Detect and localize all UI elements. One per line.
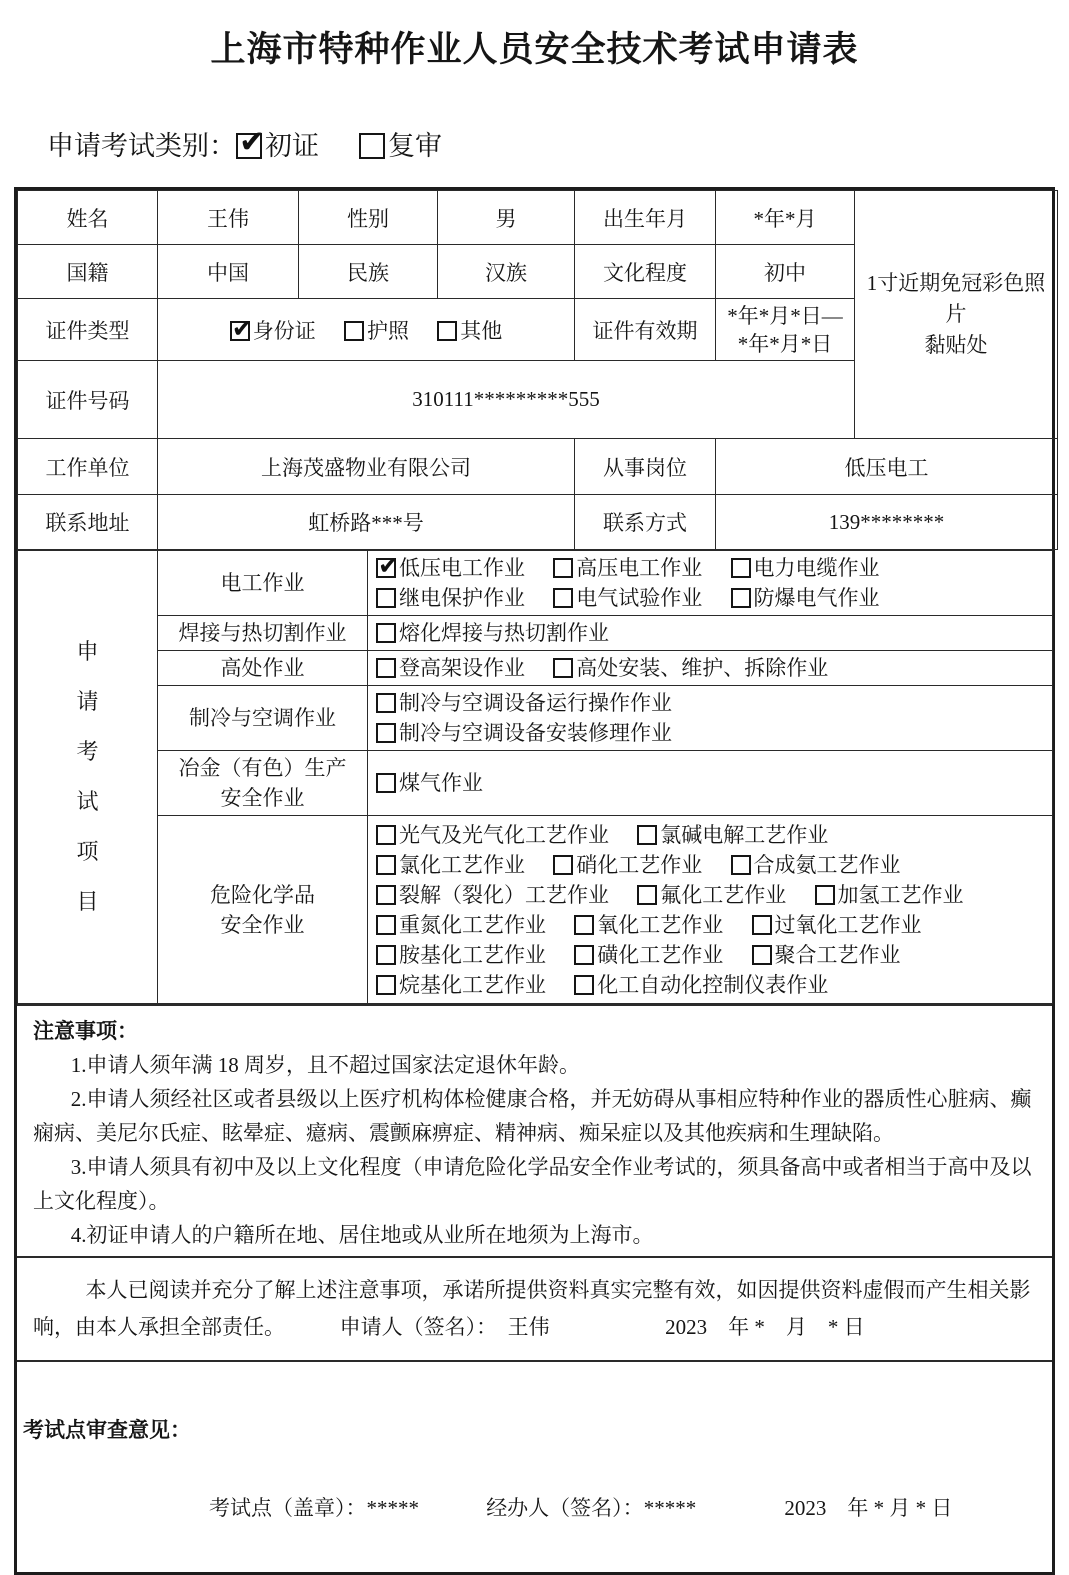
review-section: 考试点审查意见： 考试点（盖章）：*****经办人（签名）：*****2023 … (17, 1360, 1052, 1572)
exam-option: 聚合工艺作业 (752, 943, 901, 967)
validity-value: *年*月*日— *年*月*日 (716, 299, 855, 361)
fluorination-checkbox[interactable] (637, 885, 657, 905)
electrician-options: 低压电工作业 高压电工作业 电力电缆作业 继电保护作业 电气试验作业 防爆电气作… (368, 551, 1053, 616)
declaration-date: 2023 年 * 月 * 日 (665, 1315, 865, 1339)
applicant-signature-label: 申请人（签名）： (340, 1315, 498, 1339)
id-card-checkbox[interactable] (230, 321, 250, 341)
exam-option: 化工自动化控制仪表作业 (574, 973, 828, 997)
option-label: 登高架设作业 (399, 656, 525, 680)
option-label: 重氮化工艺作业 (399, 913, 546, 937)
height-work-options: 登高架设作业 高处安装、维护、拆除作业 (368, 651, 1053, 686)
refrigeration-options: 制冷与空调设备运行操作作业 制冷与空调设备安装修理作业 (368, 686, 1053, 751)
chemical-automation-checkbox[interactable] (574, 975, 594, 995)
cracking-checkbox[interactable] (376, 885, 396, 905)
id-type-options: 身份证 护照 其他 (158, 299, 575, 361)
option-line: 熔化焊接与热切割作业 (376, 618, 1048, 648)
id-number-value: 310111*********555 (158, 361, 855, 439)
exam-option: 防爆电气作业 (731, 586, 880, 610)
option-label: 过氧化工艺作业 (775, 913, 922, 937)
category-height-work: 高处作业 (158, 651, 368, 686)
height-install-checkbox[interactable] (553, 658, 573, 678)
handler-signature-label: 经办人（签名）： (486, 1496, 644, 1520)
low-voltage-checkbox[interactable] (376, 558, 396, 578)
exam-option: 合成氨工艺作业 (731, 853, 901, 877)
other-id-checkbox[interactable] (437, 321, 457, 341)
birth-value: *年*月 (716, 191, 855, 245)
option-label: 磺化工艺作业 (597, 943, 723, 967)
option-label: 加氢工艺作业 (838, 883, 964, 907)
exam-section-side-label-cell: 申请考试项目 (18, 551, 158, 1004)
id-type-label: 证件类型 (18, 299, 158, 361)
nationality-label: 国籍 (18, 245, 158, 299)
exam-option: 氯化工艺作业 (376, 853, 525, 877)
exam-option: 电气试验作业 (553, 586, 702, 610)
high-voltage-checkbox[interactable] (553, 558, 573, 578)
category-refrigeration: 制冷与空调作业 (158, 686, 368, 751)
option-label: 制冷与空调设备安装修理作业 (399, 721, 672, 745)
id-card-label: 身份证 (253, 319, 316, 343)
option-label: 裂解（裂化）工艺作业 (399, 883, 609, 907)
hydrogenation-checkbox[interactable] (815, 885, 835, 905)
option-label: 高处安装、维护、拆除作业 (576, 656, 828, 680)
option-line: 烷基化工艺作业 化工自动化控制仪表作业 (376, 970, 1048, 1000)
exam-category-label: 申请考试类别： (47, 131, 236, 161)
exam-site-stamp-label: 考试点（盖章）： (209, 1496, 367, 1520)
option-label: 硝化工艺作业 (576, 853, 702, 877)
option-line: 氯化工艺作业 硝化工艺作业 合成氨工艺作业 (376, 850, 1048, 880)
option-line: 低压电工作业 高压电工作业 电力电缆作业 (376, 553, 1048, 583)
option-line: 光气及光气化工艺作业 氯碱电解工艺作业 (376, 820, 1048, 850)
phone-label: 联系方式 (575, 495, 716, 550)
note-item-1: 1.申请人须年满 18 周岁，且不超过国家法定退休年龄。 (33, 1048, 1038, 1082)
exam-category-line: 申请考试类别：初证复审 (47, 124, 1055, 163)
exam-option: 继电保护作业 (376, 586, 525, 610)
category-hazardous-chemicals: 危险化学品 安全作业 (158, 816, 368, 1004)
exam-option: 光气及光气化工艺作业 (376, 823, 609, 847)
exam-option: 登高架设作业 (376, 656, 525, 680)
alkylation-checkbox[interactable] (376, 975, 396, 995)
option-line: 登高架设作业 高处安装、维护、拆除作业 (376, 653, 1048, 683)
sulfonation-checkbox[interactable] (574, 945, 594, 965)
diazotization-checkbox[interactable] (376, 915, 396, 935)
name-value: 王伟 (158, 191, 299, 245)
scaffolding-checkbox[interactable] (376, 658, 396, 678)
handler-signature-value: ***** (644, 1496, 697, 1520)
review-signature-line: 考试点（盖章）：*****经办人（签名）：*****2023 年 * 月 * 日 (23, 1492, 1036, 1522)
nitration-checkbox[interactable] (553, 855, 573, 875)
phone-value: 139******** (716, 495, 1058, 550)
option-label: 电力电缆作业 (754, 556, 880, 580)
table-row: 焊接与热切割作业 熔化焊接与热切割作业 (18, 616, 1053, 651)
employer-value: 上海茂盛物业有限公司 (158, 439, 575, 495)
option-label: 继电保护作业 (399, 586, 525, 610)
option-line: 煤气作业 (376, 768, 1048, 798)
exam-option: 过氧化工艺作业 (752, 913, 922, 937)
education-value: 初中 (716, 245, 855, 299)
table-row: 申请考试项目 电工作业 低压电工作业 高压电工作业 电力电缆作业 继电保护作业 … (18, 551, 1053, 616)
hvac-operation-checkbox[interactable] (376, 693, 396, 713)
category-option-initial: 初证 (236, 131, 319, 161)
application-form-page: 上海市特种作业人员安全技术考试申请表 申请考试类别：初证复审 姓名 王伟 性别 … (0, 0, 1069, 1575)
exam-option: 高处安装、维护、拆除作业 (553, 656, 828, 680)
address-value: 虹桥路***号 (158, 495, 575, 550)
table-row: 联系地址 虹桥路***号 联系方式 139******** (18, 495, 1058, 550)
option-label: 煤气作业 (399, 771, 483, 795)
photo-paste-area: 1寸近期免冠彩色照片 黏贴处 (855, 191, 1058, 439)
option-label: 熔化焊接与热切割作业 (399, 621, 609, 645)
employer-label: 工作单位 (18, 439, 158, 495)
review-cert-checkbox[interactable] (359, 133, 385, 159)
exam-option: 加氢工艺作业 (815, 883, 964, 907)
other-id-label: 其他 (460, 319, 502, 343)
validity-line2: *年*月*日 (738, 332, 833, 356)
option-label: 胺基化工艺作业 (399, 943, 546, 967)
applicant-signature: 王伟 (508, 1315, 550, 1339)
declaration-paragraph: 本人已阅读并充分了解上述注意事项，承诺所提供资料真实完整有效，如因提供资料虚假而… (33, 1272, 1036, 1346)
hvac-install-checkbox[interactable] (376, 723, 396, 743)
option-label: 氯碱电解工艺作业 (660, 823, 828, 847)
exam-option: 氟化工艺作业 (637, 883, 786, 907)
option-label: 合成氨工艺作业 (754, 853, 901, 877)
exam-section-side-label: 申请考试项目 (76, 627, 100, 927)
exam-option: 熔化焊接与热切割作业 (376, 621, 609, 645)
table-row: 工作单位 上海茂盛物业有限公司 从事岗位 低压电工 (18, 439, 1058, 495)
synthetic-ammonia-checkbox[interactable] (731, 855, 751, 875)
chlorination-checkbox[interactable] (376, 855, 396, 875)
gas-work-checkbox[interactable] (376, 773, 396, 793)
exam-option: 氯碱电解工艺作业 (637, 823, 828, 847)
option-line: 胺基化工艺作业 磺化工艺作业 聚合工艺作业 (376, 940, 1048, 970)
page-title: 上海市特种作业人员安全技术考试申请表 (14, 22, 1055, 72)
option-label: 高压电工作业 (576, 556, 702, 580)
validity-label: 证件有效期 (575, 299, 716, 361)
option-label: 防爆电气作业 (754, 586, 880, 610)
power-cable-checkbox[interactable] (731, 558, 751, 578)
note-item-4: 4.初证申请人的户籍所在地、居住地或从业所在地须为上海市。 (33, 1218, 1038, 1252)
exam-option: 氧化工艺作业 (574, 913, 723, 937)
option-label: 聚合工艺作业 (775, 943, 901, 967)
ethnicity-label: 民族 (299, 245, 438, 299)
exam-option: 高压电工作业 (553, 556, 702, 580)
table-row: 制冷与空调作业 制冷与空调设备运行操作作业 制冷与空调设备安装修理作业 (18, 686, 1053, 751)
notes-section: 注意事项： 1.申请人须年满 18 周岁，且不超过国家法定退休年龄。 2.申请人… (17, 1004, 1052, 1256)
declaration-section: 本人已阅读并充分了解上述注意事项，承诺所提供资料真实完整有效，如因提供资料虚假而… (17, 1256, 1052, 1360)
option-line: 制冷与空调设备安装修理作业 (376, 718, 1048, 748)
id-type-option: 护照 (344, 319, 409, 343)
exam-option: 重氮化工艺作业 (376, 913, 546, 937)
exam-option: 制冷与空调设备运行操作作业 (376, 691, 672, 715)
passport-label: 护照 (367, 319, 409, 343)
phosgene-checkbox[interactable] (376, 825, 396, 845)
hazardous-chemicals-options: 光气及光气化工艺作业 氯碱电解工艺作业 氯化工艺作业 硝化工艺作业 合成氨工艺作… (368, 816, 1053, 1004)
amination-checkbox[interactable] (376, 945, 396, 965)
relay-protection-checkbox[interactable] (376, 588, 396, 608)
review-cert-label: 复审 (388, 131, 442, 161)
exam-option: 磺化工艺作业 (574, 943, 723, 967)
personal-info-table: 姓名 王伟 性别 男 出生年月 *年*月 1寸近期免冠彩色照片 黏贴处 国籍 中… (17, 190, 1058, 550)
exam-option: 制冷与空调设备安装修理作业 (376, 721, 672, 745)
option-line: 制冷与空调设备运行操作作业 (376, 688, 1048, 718)
fusion-welding-checkbox[interactable] (376, 623, 396, 643)
category-welding: 焊接与热切割作业 (158, 616, 368, 651)
birth-label: 出生年月 (575, 191, 716, 245)
id-type-option: 其他 (437, 319, 502, 343)
option-line: 重氮化工艺作业 氧化工艺作业 过氧化工艺作业 (376, 910, 1048, 940)
gender-value: 男 (438, 191, 575, 245)
option-label: 化工自动化控制仪表作业 (597, 973, 828, 997)
exam-option: 裂解（裂化）工艺作业 (376, 883, 609, 907)
option-label: 电气试验作业 (576, 586, 702, 610)
review-heading: 考试点审查意见： (23, 1414, 1036, 1444)
initial-cert-label: 初证 (265, 131, 319, 161)
education-label: 文化程度 (575, 245, 716, 299)
id-type-option: 身份证 (230, 319, 316, 343)
exam-items-table: 申请考试项目 电工作业 低压电工作业 高压电工作业 电力电缆作业 继电保护作业 … (17, 550, 1053, 1004)
form-frame: 姓名 王伟 性别 男 出生年月 *年*月 1寸近期免冠彩色照片 黏贴处 国籍 中… (14, 187, 1055, 1575)
position-label: 从事岗位 (575, 439, 716, 495)
option-label: 氧化工艺作业 (597, 913, 723, 937)
polymerization-checkbox[interactable] (752, 945, 772, 965)
option-label: 光气及光气化工艺作业 (399, 823, 609, 847)
category-option-review: 复审 (359, 131, 442, 161)
photo-note-line1: 1寸近期免冠彩色照片 (862, 268, 1050, 330)
option-label: 制冷与空调设备运行操作作业 (399, 691, 672, 715)
passport-checkbox[interactable] (344, 321, 364, 341)
note-item-3: 3.申请人须具有初中及以上文化程度（申请危险化学品安全作业考试的，须具备高中或者… (33, 1150, 1038, 1218)
option-label: 氟化工艺作业 (660, 883, 786, 907)
option-line: 裂解（裂化）工艺作业 氟化工艺作业 加氢工艺作业 (376, 880, 1048, 910)
id-number-label: 证件号码 (18, 361, 158, 439)
exam-option: 烷基化工艺作业 (376, 973, 546, 997)
table-row: 高处作业 登高架设作业 高处安装、维护、拆除作业 (18, 651, 1053, 686)
exam-option: 胺基化工艺作业 (376, 943, 546, 967)
category-metallurgy: 冶金（有色）生产 安全作业 (158, 751, 368, 816)
table-row: 危险化学品 安全作业 光气及光气化工艺作业 氯碱电解工艺作业 氯化工艺作业 硝化… (18, 816, 1053, 1004)
oxidation-checkbox[interactable] (574, 915, 594, 935)
category-electrician: 电工作业 (158, 551, 368, 616)
option-line: 继电保护作业 电气试验作业 防爆电气作业 (376, 583, 1048, 613)
notes-heading: 注意事项： (33, 1014, 1038, 1048)
exam-option: 低压电工作业 (376, 556, 525, 580)
note-item-2: 2.申请人须经社区或者县级以上医疗机构体检健康合格，并无妨碍从事相应特种作业的器… (33, 1082, 1038, 1150)
explosion-proof-checkbox[interactable] (731, 588, 751, 608)
option-label: 氯化工艺作业 (399, 853, 525, 877)
option-label: 烷基化工艺作业 (399, 973, 546, 997)
table-row: 冶金（有色）生产 安全作业 煤气作业 (18, 751, 1053, 816)
exam-option: 煤气作业 (376, 771, 483, 795)
address-label: 联系地址 (18, 495, 158, 550)
welding-options: 熔化焊接与热切割作业 (368, 616, 1053, 651)
table-row: 姓名 王伟 性别 男 出生年月 *年*月 1寸近期免冠彩色照片 黏贴处 (18, 191, 1058, 245)
review-date: 2023 年 * 月 * 日 (784, 1496, 952, 1520)
validity-line1: *年*月*日— (727, 304, 843, 328)
initial-cert-checkbox[interactable] (236, 133, 262, 159)
name-label: 姓名 (18, 191, 158, 245)
ethnicity-value: 汉族 (438, 245, 575, 299)
position-value: 低压电工 (716, 439, 1058, 495)
peroxidation-checkbox[interactable] (752, 915, 772, 935)
exam-option: 硝化工艺作业 (553, 853, 702, 877)
exam-site-stamp-value: ***** (367, 1496, 420, 1520)
metallurgy-options: 煤气作业 (368, 751, 1053, 816)
gender-label: 性别 (299, 191, 438, 245)
exam-option: 电力电缆作业 (731, 556, 880, 580)
chlor-alkali-checkbox[interactable] (637, 825, 657, 845)
photo-note-line2: 黏贴处 (862, 330, 1050, 361)
nationality-value: 中国 (158, 245, 299, 299)
electrical-test-checkbox[interactable] (553, 588, 573, 608)
option-label: 低压电工作业 (399, 556, 525, 580)
